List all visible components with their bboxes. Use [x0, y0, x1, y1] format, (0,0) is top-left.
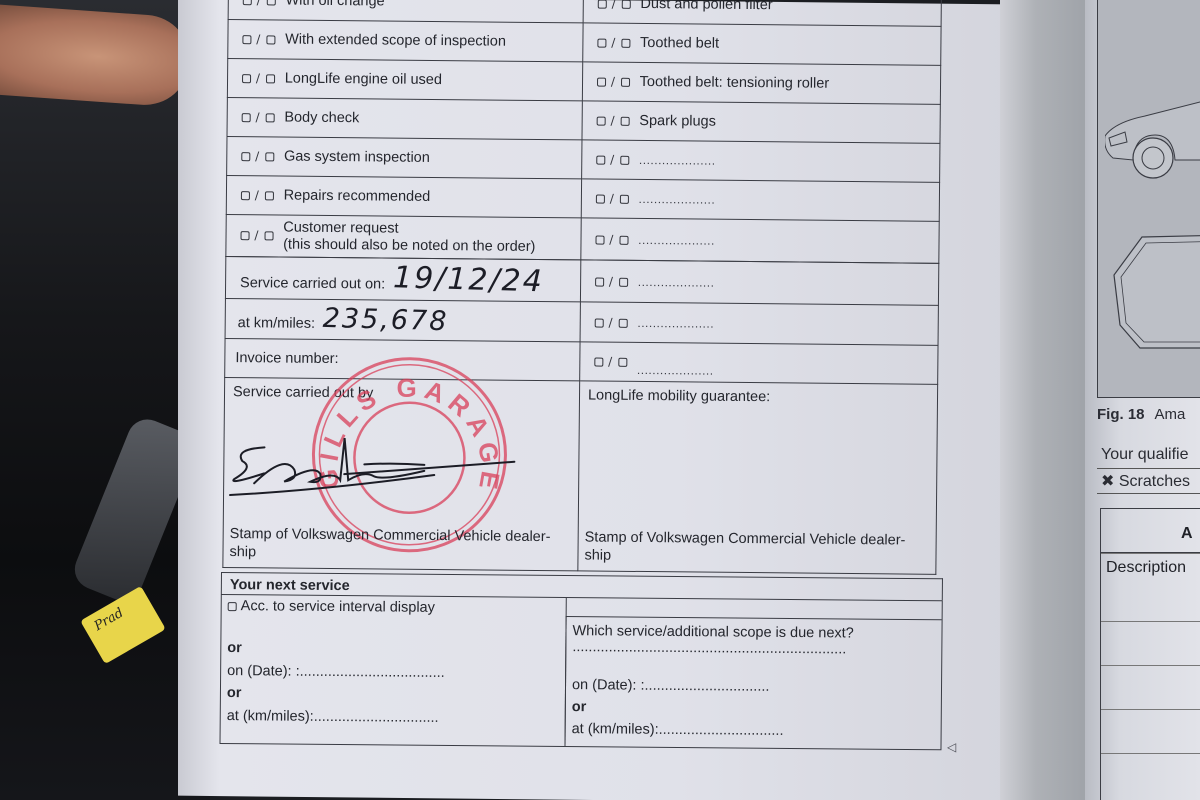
- checkbox-pair[interactable]: /: [597, 75, 630, 89]
- checklist-label: Toothed belt: tensioning roller: [640, 74, 830, 92]
- mileage-value[interactable]: 235,678: [323, 303, 449, 337]
- blank-line: ....................: [638, 274, 715, 289]
- stamp-caption-left: Stamp of Volkswagen Commercial Vehicle d…: [229, 525, 571, 564]
- checkbox-pair[interactable]: /: [595, 274, 628, 288]
- checkbox-icon: [621, 78, 630, 87]
- checklist-label: With oil change: [285, 0, 384, 10]
- checkbox-pair[interactable]: /: [598, 0, 631, 11]
- facing-text-2: ✖ Scratches: [1101, 471, 1190, 491]
- checkbox-icon: [241, 152, 250, 161]
- checklist-item-left[interactable]: / Customer request(this should also be n…: [226, 214, 581, 259]
- checkbox-icon: [619, 277, 628, 286]
- service-date-value[interactable]: 19/12/24: [393, 260, 545, 299]
- checklist-label: Body check: [284, 110, 359, 127]
- checkbox-pair[interactable]: /: [595, 315, 628, 329]
- checkbox-icon: [266, 74, 275, 83]
- checkbox-pair[interactable]: /: [594, 355, 627, 369]
- checklist-label: Customer request: [283, 219, 398, 236]
- checkbox-pair[interactable]: /: [241, 149, 274, 163]
- checkbox-icon: [265, 191, 274, 200]
- checkbox-pair[interactable]: /: [597, 114, 630, 128]
- checkbox-icon: [598, 0, 607, 9]
- extra-item-cell[interactable]: / ....................: [580, 302, 938, 345]
- checkbox-icon: [619, 235, 628, 244]
- checklist-item-right[interactable]: / Dust and pollen filter: [583, 0, 941, 26]
- checkbox-icon: [265, 113, 274, 122]
- checkbox-icon: [242, 35, 251, 44]
- damage-table: A Description: [1100, 508, 1200, 800]
- divider: [1097, 468, 1200, 469]
- checklist-label: Spark plugs: [639, 113, 716, 130]
- divider: [1101, 621, 1200, 622]
- checklist-item-right[interactable]: / Toothed belt: [583, 23, 941, 65]
- facing-text-1: Your qualifie: [1101, 446, 1188, 464]
- service-checklist-table: / With oil change / Dust and pollen filt…: [225, 0, 942, 264]
- checkbox-icon: [618, 318, 627, 327]
- checklist-label: Repairs recommended: [284, 188, 431, 205]
- stamp-caption-right: Stamp of Volkswagen Commercial Vehicle d…: [584, 528, 929, 567]
- checkbox-pair[interactable]: /: [596, 192, 629, 206]
- table-header: A: [1101, 509, 1200, 553]
- service-record-form: / With oil change / Dust and pollen filt…: [222, 0, 942, 575]
- mileage-label: at km/miles:: [238, 315, 315, 332]
- or-label: or: [227, 640, 242, 656]
- signature: [224, 433, 525, 516]
- checkbox-icon: [594, 358, 603, 367]
- checkbox-pair[interactable]: /: [242, 71, 275, 85]
- or-label: or: [572, 699, 587, 715]
- checkbox-icon[interactable]: [228, 599, 237, 613]
- checklist-item-left[interactable]: / With extended scope of inspection: [228, 20, 583, 62]
- checklist-label: LongLife engine oil used: [285, 71, 442, 89]
- checkbox-pair[interactable]: /: [240, 228, 273, 242]
- checkbox-pair[interactable]: /: [241, 188, 274, 202]
- next-service-section: Your next service Acc. to service interv…: [219, 572, 942, 750]
- checklist-label: Dust and pollen filter: [640, 0, 772, 13]
- checkbox-icon: [241, 231, 250, 240]
- divider: [1101, 553, 1200, 554]
- checkbox-icon: [243, 0, 252, 5]
- checkbox-icon: [597, 39, 606, 48]
- checklist-row: / LongLife engine oil used / Toothed bel…: [227, 59, 940, 105]
- divider: [1101, 709, 1200, 710]
- checkbox-icon: [242, 74, 251, 83]
- checklist-item-right[interactable]: / ....................: [582, 140, 940, 182]
- mileage-cell[interactable]: at km/miles:235,678: [225, 298, 580, 341]
- checkbox-icon: [618, 358, 627, 367]
- checklist-label: Toothed belt: [640, 35, 719, 52]
- checkbox-icon: [596, 156, 605, 165]
- next-date-field-right[interactable]: on (Date): :............................…: [572, 677, 770, 695]
- customer-request-label: Customer request(this should also be not…: [283, 219, 536, 255]
- longlife-label: LongLife mobility guarantee:: [588, 387, 770, 405]
- figure-caption: Fig. 18Ama: [1097, 406, 1185, 423]
- stamp-row: Service carried out by GILLS GARAGE: [223, 377, 938, 574]
- carried-out-by-cell[interactable]: Service carried out by GILLS GARAGE: [223, 377, 580, 570]
- interval-option[interactable]: Acc. to service interval display: [228, 598, 435, 616]
- checkbox-icon: [620, 117, 629, 126]
- next-service-left: Acc. to service interval display or on (…: [221, 595, 567, 746]
- divider: [1097, 493, 1200, 494]
- checklist-row: / Repairs recommended / ................…: [226, 175, 939, 221]
- extra-item-cell[interactable]: / ....................: [580, 342, 938, 384]
- figure-number: Fig. 18: [1097, 406, 1145, 423]
- checkbox-pair[interactable]: /: [242, 110, 275, 124]
- checkbox-icon: [241, 191, 250, 200]
- checklist-item-right[interactable]: / Spark plugs: [582, 101, 940, 143]
- checkbox-icon: [595, 277, 604, 286]
- checkbox-icon: [597, 117, 606, 126]
- mileage-row: at km/miles:235,678 / ..................…: [225, 298, 938, 345]
- service-date-cell[interactable]: Service carried out on:19/12/24: [225, 256, 580, 301]
- checkbox-pair[interactable]: /: [597, 36, 630, 50]
- checkbox-icon: [595, 318, 604, 327]
- next-service-body: Acc. to service interval display or on (…: [219, 594, 942, 750]
- checkbox-pair[interactable]: /: [596, 153, 629, 167]
- checkbox-icon: [621, 0, 630, 9]
- car-top-illustration: [1112, 235, 1200, 350]
- checklist-label: Gas system inspection: [284, 149, 430, 166]
- cross-icon: ✖: [1101, 473, 1114, 490]
- blank-line: ....................: [638, 232, 715, 247]
- which-service-field[interactable]: ........................................…: [572, 639, 846, 657]
- checkbox-icon: [621, 39, 630, 48]
- divider: [1101, 665, 1200, 666]
- blank-line: ....................: [637, 315, 714, 330]
- checkbox-icon: [265, 152, 274, 161]
- checklist-item-right[interactable]: / ....................: [581, 179, 939, 221]
- checklist-item-right[interactable]: / ....................: [581, 218, 939, 263]
- page-turn-triangle-icon: ◁: [947, 740, 956, 754]
- checkbox-icon: [266, 0, 275, 5]
- checklist-item-left[interactable]: / Body check: [227, 97, 582, 139]
- scratches-label: Scratches: [1119, 473, 1190, 490]
- checkbox-icon: [597, 78, 606, 87]
- next-km-field[interactable]: at (km/miles):..........................…: [227, 708, 439, 726]
- service-date-label: Service carried out on:: [240, 275, 385, 292]
- checkbox-pair[interactable]: /: [243, 0, 276, 7]
- checklist-item-right[interactable]: / Toothed belt: tensioning roller: [582, 62, 940, 104]
- checklist-item-left[interactable]: / Gas system inspection: [227, 136, 582, 178]
- checklist-row: / With extended scope of inspection / To…: [228, 20, 941, 66]
- checklist-label: With extended scope of inspection: [285, 32, 506, 50]
- car-side-illustration: [1105, 100, 1200, 180]
- checklist-row: / Gas system inspection / ..............…: [227, 136, 940, 182]
- longlife-guarantee-cell[interactable]: LongLife mobility guarantee: Stamp of Vo…: [578, 381, 938, 574]
- next-service-right: Which service/additional scope is due ne…: [564, 616, 941, 749]
- service-date-row: Service carried out on:19/12/24 / ......…: [225, 256, 938, 305]
- next-date-field[interactable]: on (Date): :............................…: [227, 663, 445, 681]
- checkbox-pair[interactable]: /: [242, 32, 275, 46]
- checklist-item-left[interactable]: / Repairs recommended: [226, 175, 581, 217]
- checkbox-icon: [264, 232, 273, 241]
- next-km-field-right[interactable]: at (km/miles):..........................…: [572, 721, 784, 739]
- booklet-gutter: [1000, 0, 1090, 800]
- checkbox-icon: [620, 195, 629, 204]
- interval-option-label: Acc. to service interval display: [241, 598, 435, 616]
- divider: [1101, 753, 1200, 754]
- checklist-row: / Customer request(this should also be n…: [226, 214, 939, 263]
- checklist-row: / Body check / Spark plugs: [227, 97, 940, 143]
- checklist-sublabel: (this should also be noted on the order): [283, 236, 535, 254]
- checklist-item-left[interactable]: / LongLife engine oil used: [227, 59, 582, 101]
- blank-line: ....................: [639, 192, 716, 207]
- checkbox-icon: [595, 235, 604, 244]
- table-column-description: Description: [1106, 559, 1186, 577]
- blank-line: ....................: [637, 363, 714, 378]
- checkbox-icon: [596, 195, 605, 204]
- or-label: or: [227, 685, 242, 701]
- extra-item-cell[interactable]: / ....................: [580, 260, 938, 305]
- blank-line: ....................: [639, 153, 716, 168]
- service-details-table: Service carried out on:19/12/24 / ......…: [222, 256, 939, 575]
- checkbox-icon: [242, 113, 251, 122]
- checkbox-icon: [620, 156, 629, 165]
- figure-title: Ama: [1155, 406, 1186, 423]
- checkbox-pair[interactable]: /: [595, 232, 628, 246]
- checkbox-icon: [266, 35, 275, 44]
